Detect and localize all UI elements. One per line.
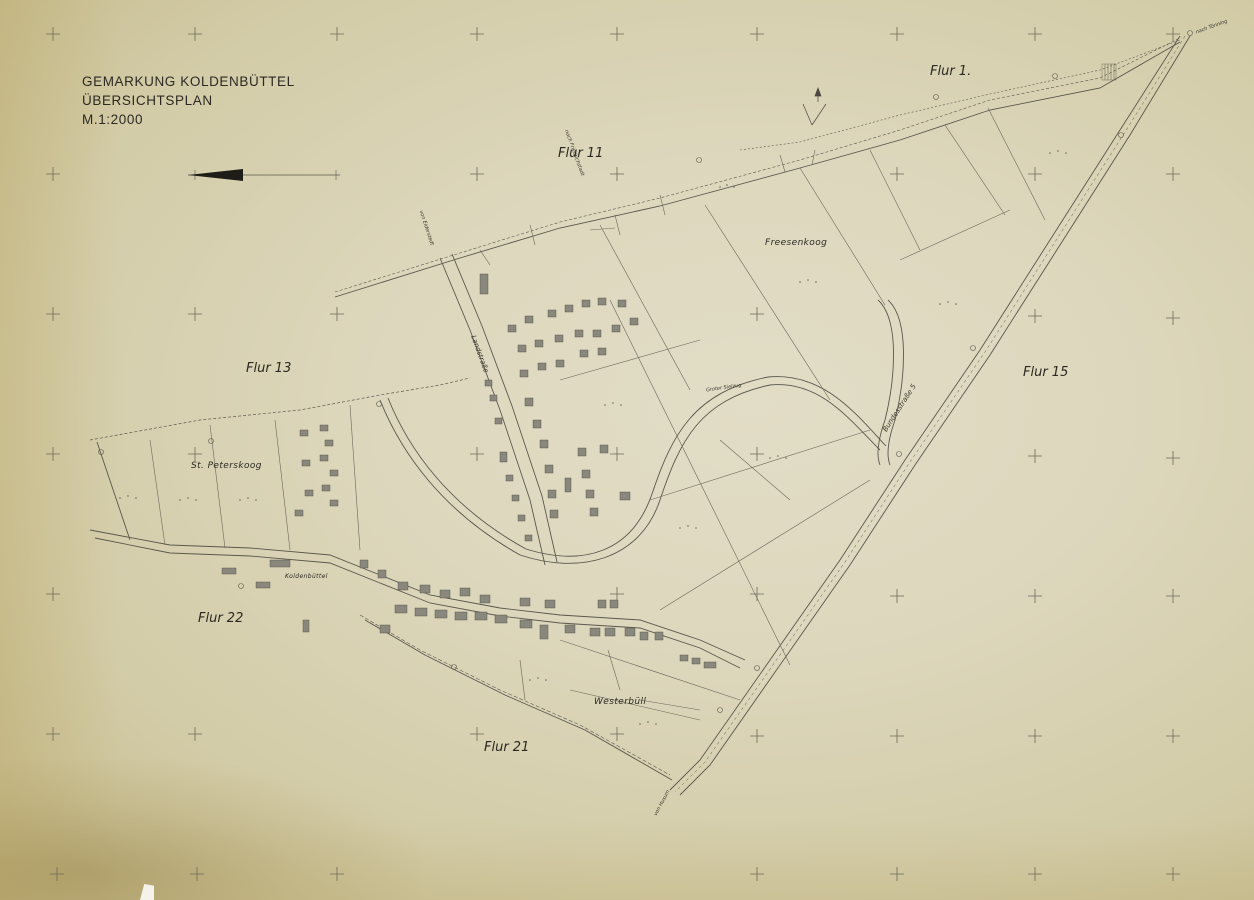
flur-13-label: Flur 13 [246,361,291,376]
bundesstrasse-5-road [670,36,1180,790]
freesenkoog-label: Freesenkoog [765,238,827,248]
flur-11-label: Flur 11 [558,146,603,161]
scale-label: M.1:2000 [82,110,295,129]
north-arrow-icon [188,169,340,181]
hatched-building [1105,64,1114,80]
flur-1-label: Flur 1. [930,64,971,79]
flur-21-label: Flur 21 [484,740,529,755]
koldenbuettel-label: Koldenbüttel [285,573,328,580]
cadastral-map-drawing [0,0,1254,900]
grid-row-6 [46,727,1180,743]
grid-crosses [46,27,1180,881]
flur-15-label: Flur 15 [1023,365,1068,380]
plan-type-title: ÜBERSICHTSPLAN [82,91,295,110]
grid-row-7 [50,867,1180,881]
gemarkung-title: GEMARKUNG KOLDENBÜTTEL [82,72,295,91]
grid-row-3 [46,307,1180,325]
st-peterskoog-label: St. Peterskoog [191,461,262,471]
village-main-street [90,530,745,660]
survey-arrow-icon [803,88,826,125]
landstrasse [440,258,545,565]
district-boundary-roads [90,36,1190,795]
flur-22-label: Flur 22 [198,611,243,626]
field-symbols [119,150,1067,725]
map-title-block: GEMARKUNG KOLDENBÜTTEL ÜBERSICHTSPLAN M.… [82,72,295,129]
grid-row-1 [46,27,1180,41]
westerbuell-label: Westerbüll [594,697,646,707]
village-buildings [222,64,1116,668]
